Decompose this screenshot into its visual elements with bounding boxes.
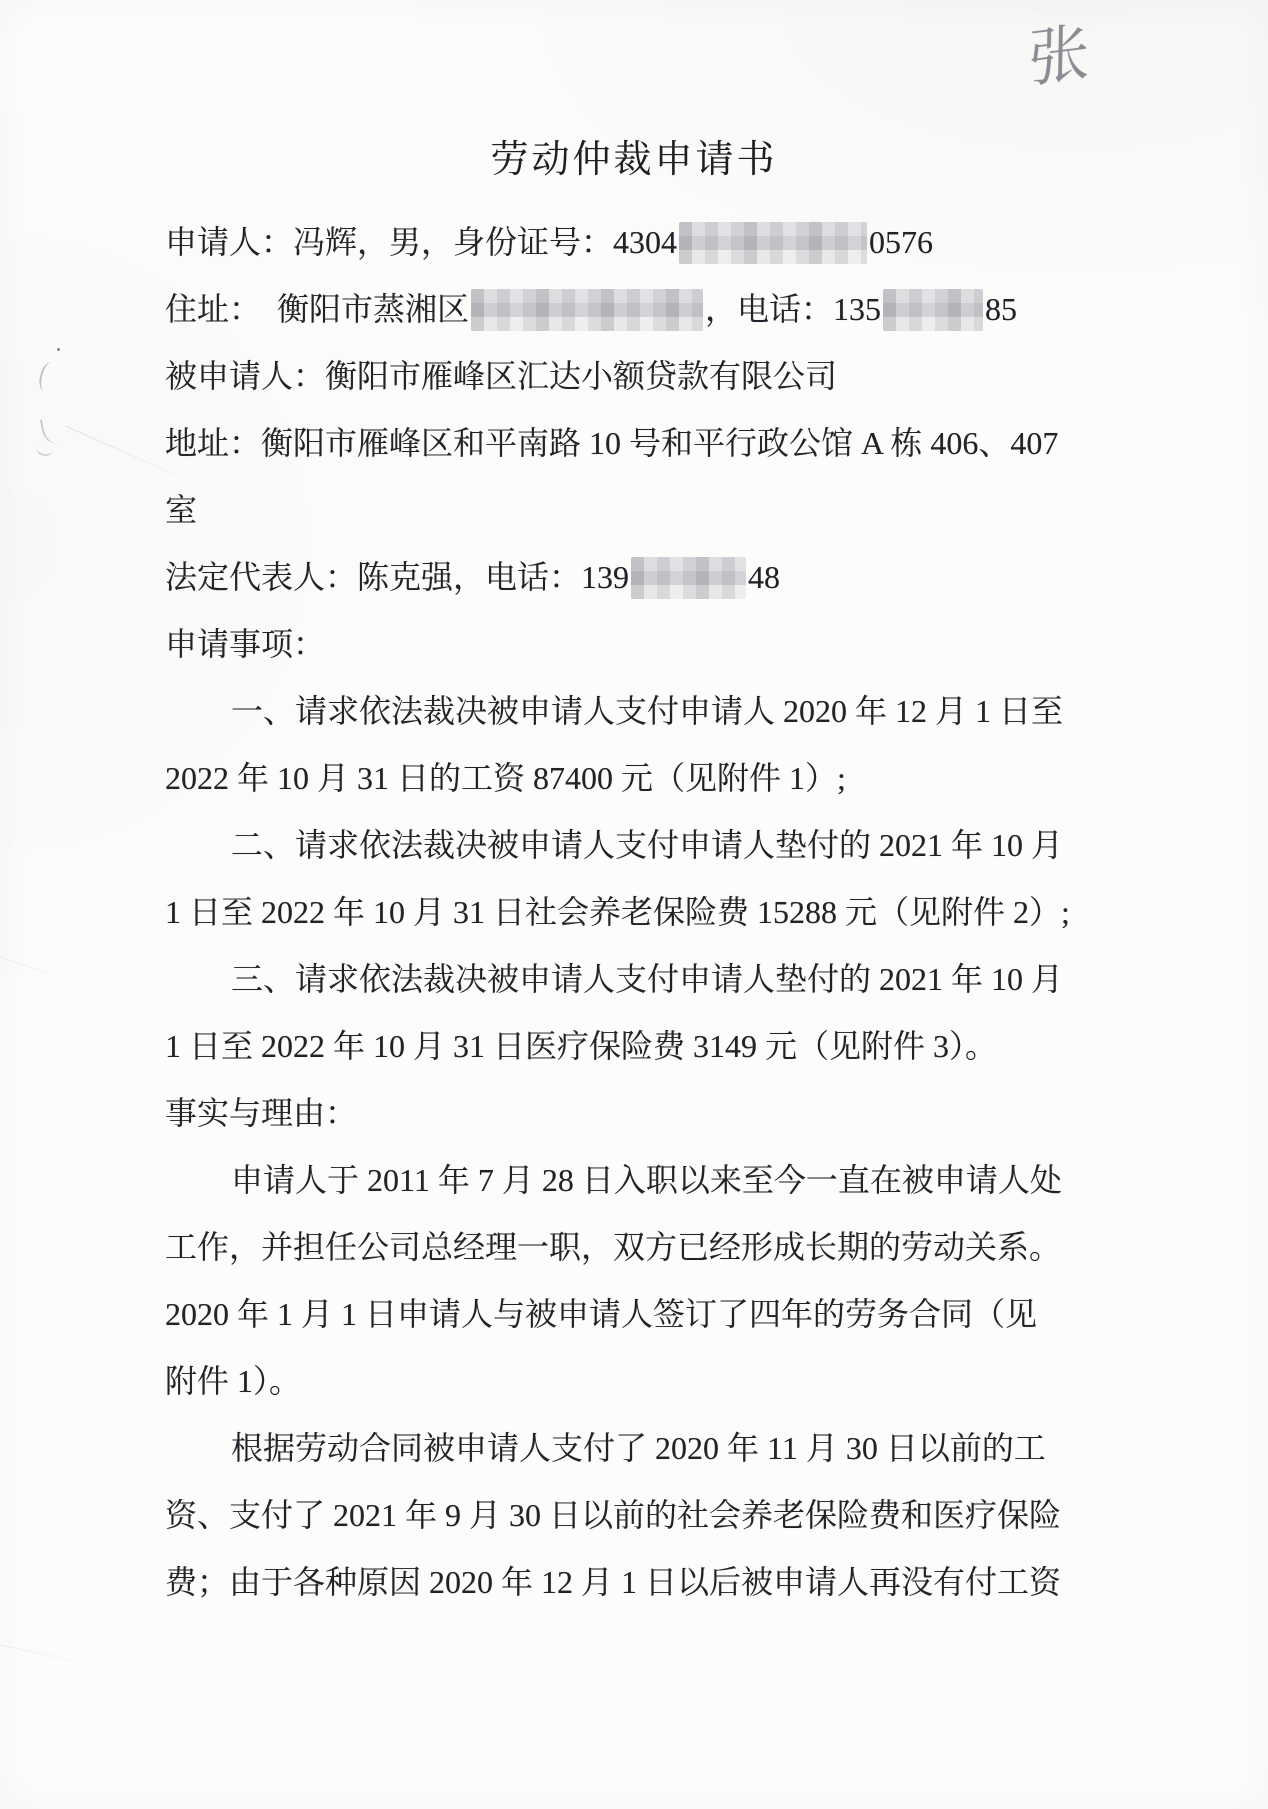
redaction-mosaic [631,557,746,599]
redaction-mosaic [679,222,867,264]
text-line: 事实与理由： [165,1080,1125,1147]
text-segment: 85 [985,291,1017,327]
text-line: 被申请人：衡阳市雁峰区汇达小额贷款有限公司 [165,343,1125,410]
text-segment: 1 日至 2022 年 10 月 31 日社会养老保险费 15288 元（见附件… [165,894,1070,930]
text-line: 申请人：冯辉，男，身份证号：43040576 [165,209,1125,276]
text-line: 2020 年 1 月 1 日申请人与被申请人签订了四年的劳务合同（见 [165,1281,1125,1348]
text-segment: 附件 1）。 [165,1363,301,1399]
text-line: 二、请求依法裁决被申请人支付申请人垫付的 2021 年 10 月 [165,812,1125,879]
text-line: 室 [165,477,1125,544]
text-segment: 被申请人：衡阳市雁峰区汇达小额贷款有限公司 [165,358,837,394]
text-segment: 一、请求依法裁决被申请人支付申请人 2020 年 12 月 1 日至 [231,693,1063,729]
text-line: 申请人于 2011 年 7 月 28 日入职以来至今一直在被申请人处 [165,1147,1125,1214]
text-segment: 根据劳动合同被申请人支付了 2020 年 11 月 30 日以前的工 [231,1430,1046,1466]
text-segment: 申请人：冯辉，男，身份证号：4304 [165,224,677,260]
text-segment: 0576 [869,224,933,260]
scan-crease [0,1644,113,1670]
text-segment: 1 日至 2022 年 10 月 31 日医疗保险费 3149 元（见附件 3）… [165,1028,997,1064]
text-segment: 工作，并担任公司总经理一职，双方已经形成长期的劳动关系。 [165,1229,1061,1265]
text-line: 一、请求依法裁决被申请人支付申请人 2020 年 12 月 1 日至 [165,678,1125,745]
text-segment: 室 [165,492,197,528]
scan-crease [0,954,78,983]
text-line: 2022 年 10 月 31 日的工资 87400 元（见附件 1）; [165,745,1125,812]
document-body: 申请人：冯辉，男，身份证号：43040576住址： 衡阳市蒸湘区，电话：1358… [165,209,1125,1616]
document-lines: 申请人：冯辉，男，身份证号：43040576住址： 衡阳市蒸湘区，电话：1358… [165,209,1125,1616]
text-line: 附件 1）。 [165,1348,1125,1415]
text-segment: 事实与理由： [165,1095,357,1131]
scan-artifact [37,361,60,394]
text-line: 地址：衡阳市雁峰区和平南路 10 号和平行政公馆 A 栋 406、407 [165,410,1125,477]
text-line: 申请事项： [165,611,1125,678]
text-segment: 二、请求依法裁决被申请人支付申请人垫付的 2021 年 10 月 [231,827,1063,863]
text-line: 住址： 衡阳市蒸湘区，电话：13585 [165,276,1125,343]
text-segment: 三、请求依法裁决被申请人支付申请人垫付的 2021 年 10 月 [231,961,1063,997]
text-segment: 48 [748,559,780,595]
text-line: 三、请求依法裁决被申请人支付申请人垫付的 2021 年 10 月 [165,946,1125,1013]
text-segment: 住址： 衡阳市蒸湘区 [165,291,469,327]
text-segment: 2022 年 10 月 31 日的工资 87400 元（见附件 1）; [165,760,846,796]
text-line: 工作，并担任公司总经理一职，双方已经形成长期的劳动关系。 [165,1214,1125,1281]
text-line: 根据劳动合同被申请人支付了 2020 年 11 月 30 日以前的工 [165,1415,1125,1482]
text-line: 法定代表人：陈克强，电话：13948 [165,544,1125,611]
text-segment: 2020 年 1 月 1 日申请人与被申请人签订了四年的劳务合同（见 [165,1296,1037,1332]
handwritten-mark: 张 [1027,2,1090,99]
scan-artifact [40,417,62,446]
text-segment: 申请人于 2011 年 7 月 28 日入职以来至今一直在被申请人处 [231,1162,1062,1198]
text-line: 费；由于各种原因 2020 年 12 月 1 日以后被申请人再没有付工资 [165,1549,1125,1616]
redaction-mosaic [471,289,703,331]
text-segment: 申请事项： [165,626,325,662]
text-line: 资、支付了 2021 年 9 月 30 日以前的社会养老保险费和医疗保险 [165,1482,1125,1549]
text-line: 1 日至 2022 年 10 月 31 日社会养老保险费 15288 元（见附件… [165,879,1125,946]
scan-artifact [35,439,55,457]
text-segment: 费；由于各种原因 2020 年 12 月 1 日以后被申请人再没有付工资 [165,1564,1061,1600]
text-segment: ，电话：135 [705,291,881,327]
text-line: 1 日至 2022 年 10 月 31 日医疗保险费 3149 元（见附件 3）… [165,1013,1125,1080]
scanned-page: 张 劳动仲裁申请书 申请人：冯辉，男，身份证号：43040576住址： 衡阳市蒸… [0,0,1268,1809]
text-segment: 地址：衡阳市雁峰区和平南路 10 号和平行政公馆 A 栋 406、407 [165,425,1058,461]
redaction-mosaic [883,289,983,331]
document-title: 劳动仲裁申请书 [0,128,1268,183]
scan-speck [57,348,60,351]
text-segment: 资、支付了 2021 年 9 月 30 日以前的社会养老保险费和医疗保险 [165,1497,1061,1533]
text-segment: 法定代表人：陈克强，电话：139 [165,559,629,595]
